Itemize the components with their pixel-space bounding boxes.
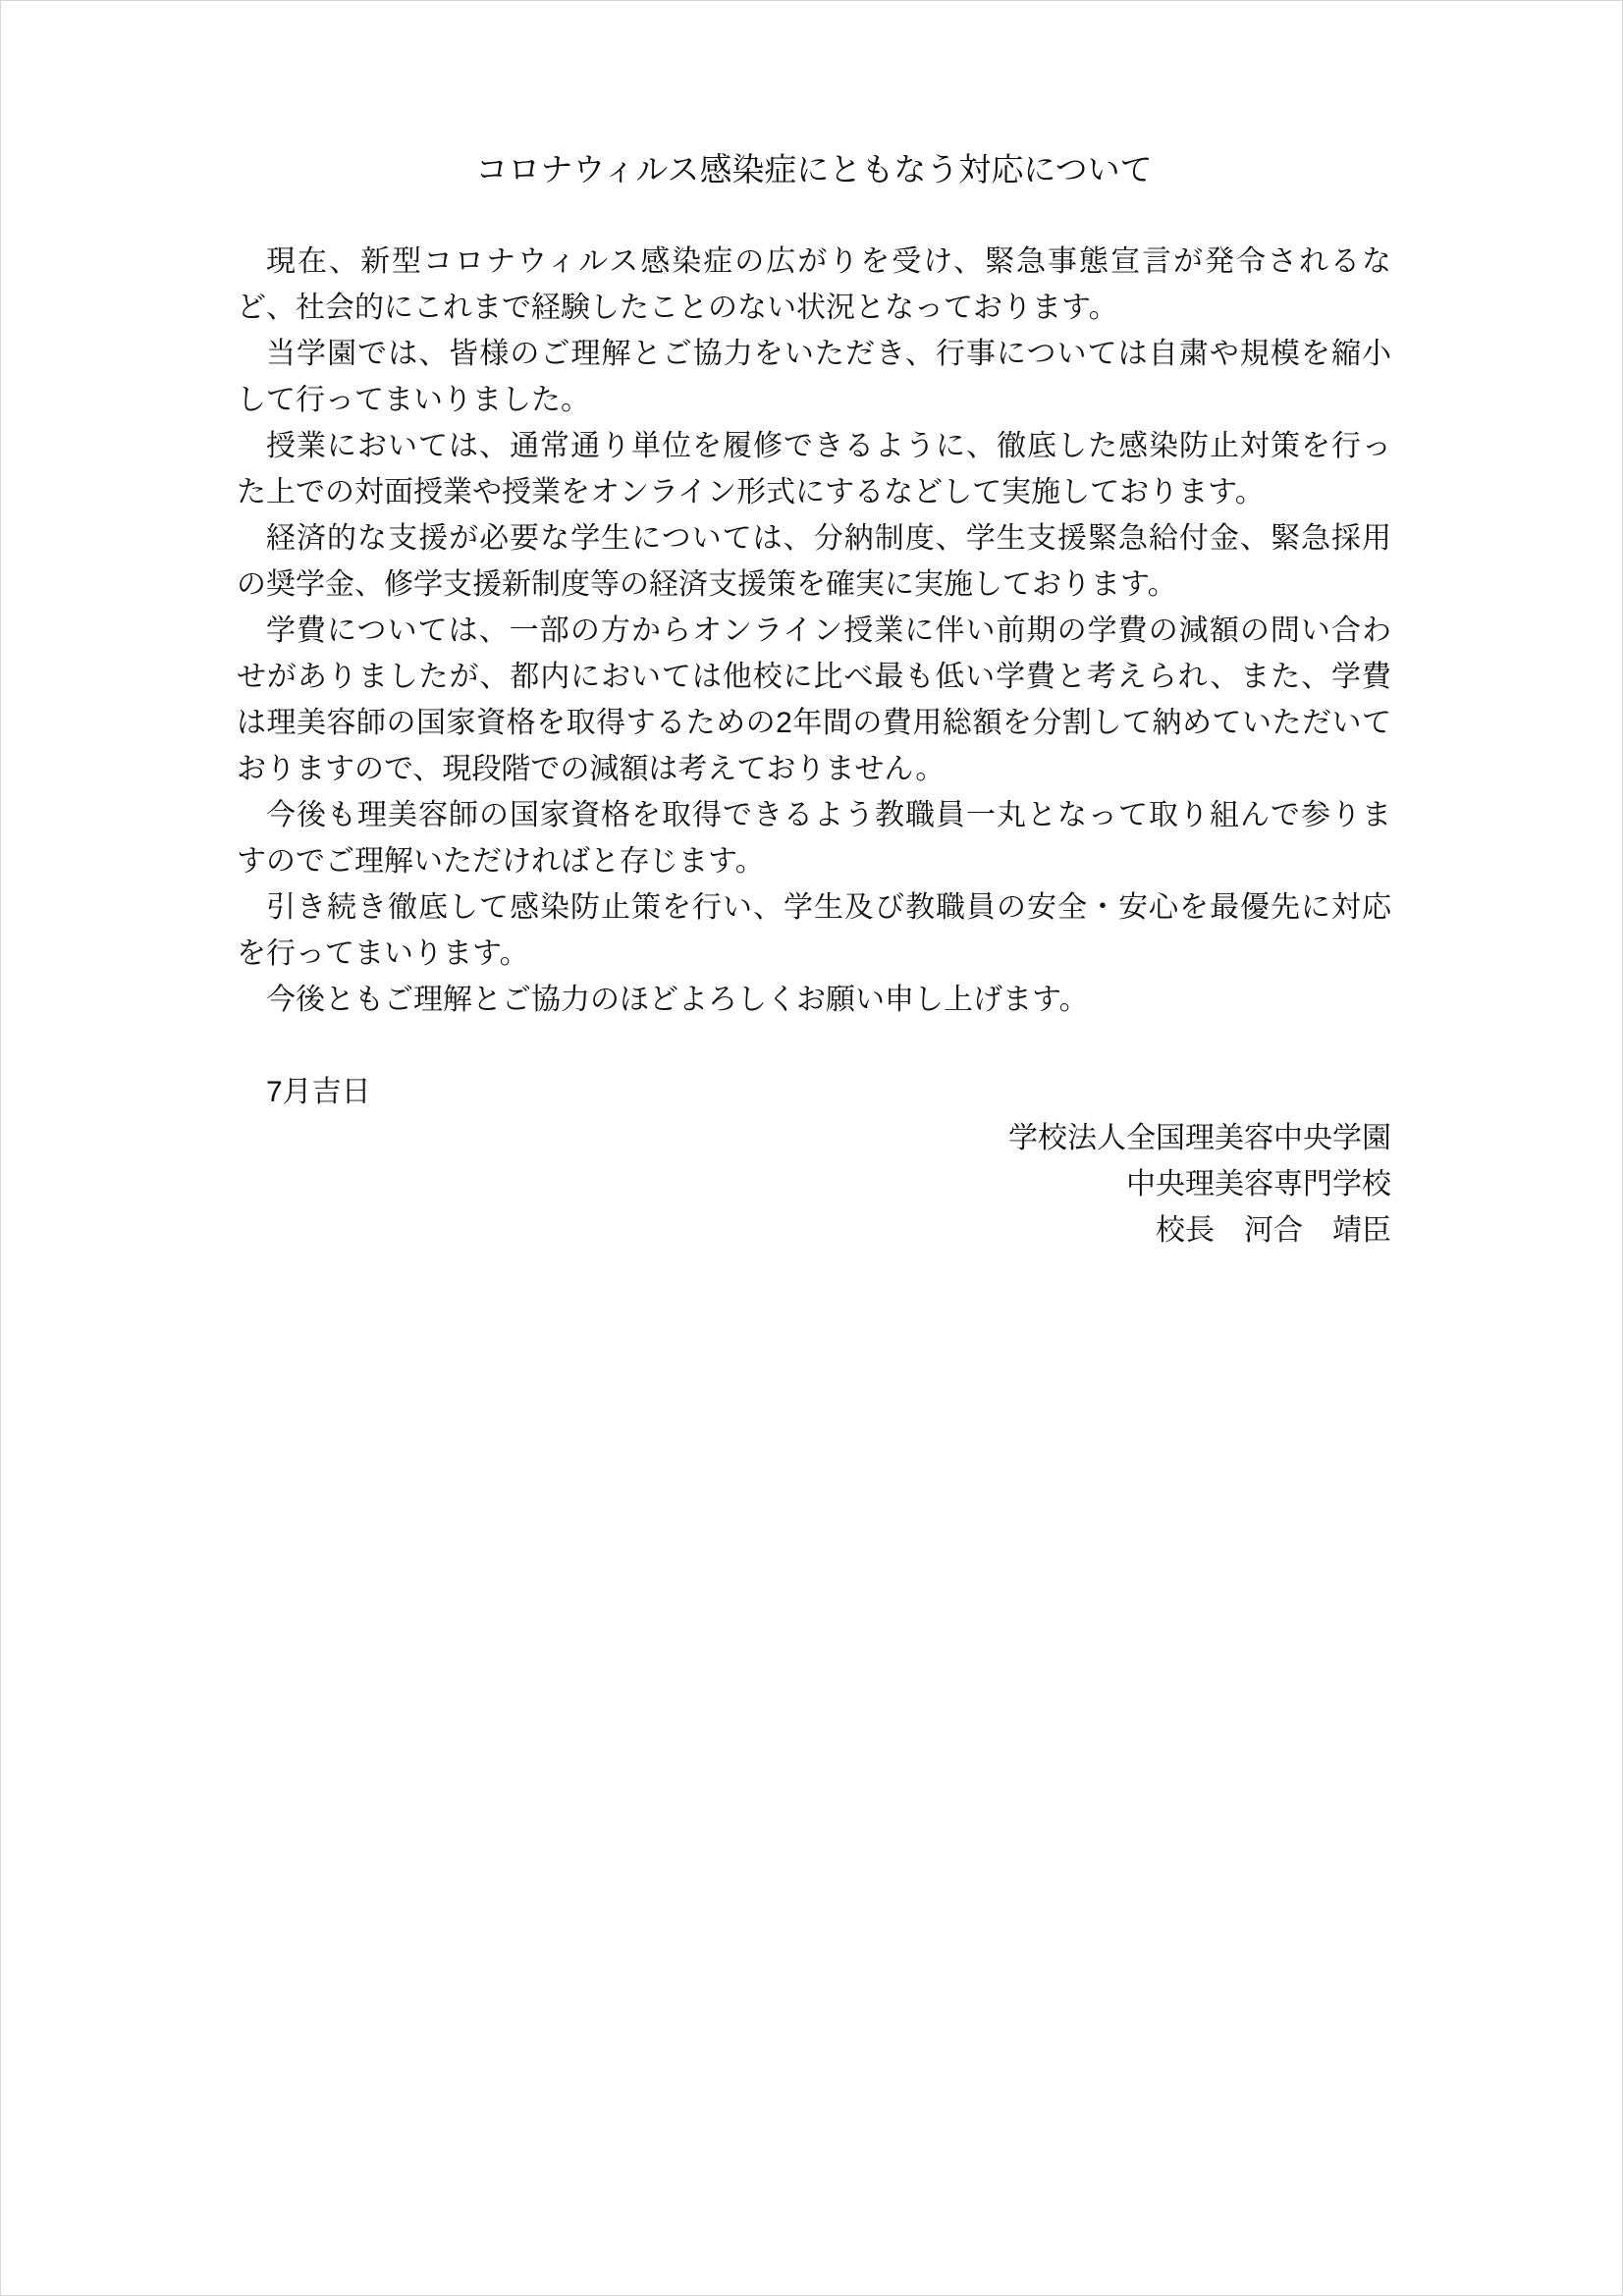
- body-line: の奨学金、修学支援新制度等の経済支援策を確実に実施しております。: [237, 561, 1391, 608]
- document-body: 現在、新型コロナウィルス感染症の広がりを受け、緊急事態宣言が発令されるな ど、社…: [237, 239, 1391, 1254]
- body-line: 経済的な支援が必要な学生については、分納制度、学生支援緊急給付金、緊急採用: [237, 515, 1391, 561]
- signature-block: 学校法人全国理美容中央学園 中央理美容専門学校 校長 河合 靖臣: [237, 1115, 1391, 1254]
- body-line: 当学園では、皆様のご理解とご協力をいただき、行事については自粛や規模を縮小: [237, 331, 1391, 377]
- date-line: 7月吉日: [237, 1069, 1391, 1115]
- body-line: すのでご理解いただければと存じます。: [237, 838, 1391, 884]
- body-line: ど、社会的にこれまで経験したことのない状況となっております。: [237, 285, 1391, 331]
- signature-corporation: 学校法人全国理美容中央学園: [237, 1115, 1391, 1161]
- body-line: おりますので、現段階での減額は考えておりません。: [237, 746, 1391, 792]
- body-line: 授業においては、通常通り単位を履修できるように、徹底した感染防止対策を行っ: [237, 423, 1391, 469]
- body-line: せがありましたが、都内においては他校に比べ最も低い学費と考えられ、また、学費: [237, 654, 1391, 700]
- body-line: た上での対面授業や授業をオンライン形式にするなどして実施しております。: [237, 469, 1391, 515]
- body-line: 現在、新型コロナウィルス感染症の広がりを受け、緊急事態宣言が発令されるな: [237, 239, 1391, 285]
- signature-school: 中央理美容専門学校: [237, 1161, 1391, 1207]
- body-line: 学費については、一部の方からオンライン授業に伴い前期の学費の減額の問い合わ: [237, 608, 1391, 654]
- body-line: を行ってまいります。: [237, 931, 1391, 977]
- body-line: 今後も理美容師の国家資格を取得できるよう教職員一丸となって取り組んで参りま: [237, 792, 1391, 838]
- body-line: 引き続き徹底して感染防止策を行い、学生及び教職員の安全・安心を最優先に対応: [237, 884, 1391, 931]
- body-line: 今後ともご理解とご協力のほどよろしくお願い申し上げます。: [237, 977, 1391, 1023]
- body-line: して行ってまいりました。: [237, 377, 1391, 423]
- document-title: コロナウィルス感染症にともなう対応について: [237, 146, 1391, 192]
- document-page: コロナウィルス感染症にともなう対応について 現在、新型コロナウィルス感染症の広が…: [0, 0, 1623, 2296]
- signature-principal: 校長 河合 靖臣: [237, 1207, 1391, 1254]
- body-line: は理美容師の国家資格を取得するための2年間の費用総額を分割して納めていただいて: [237, 700, 1391, 746]
